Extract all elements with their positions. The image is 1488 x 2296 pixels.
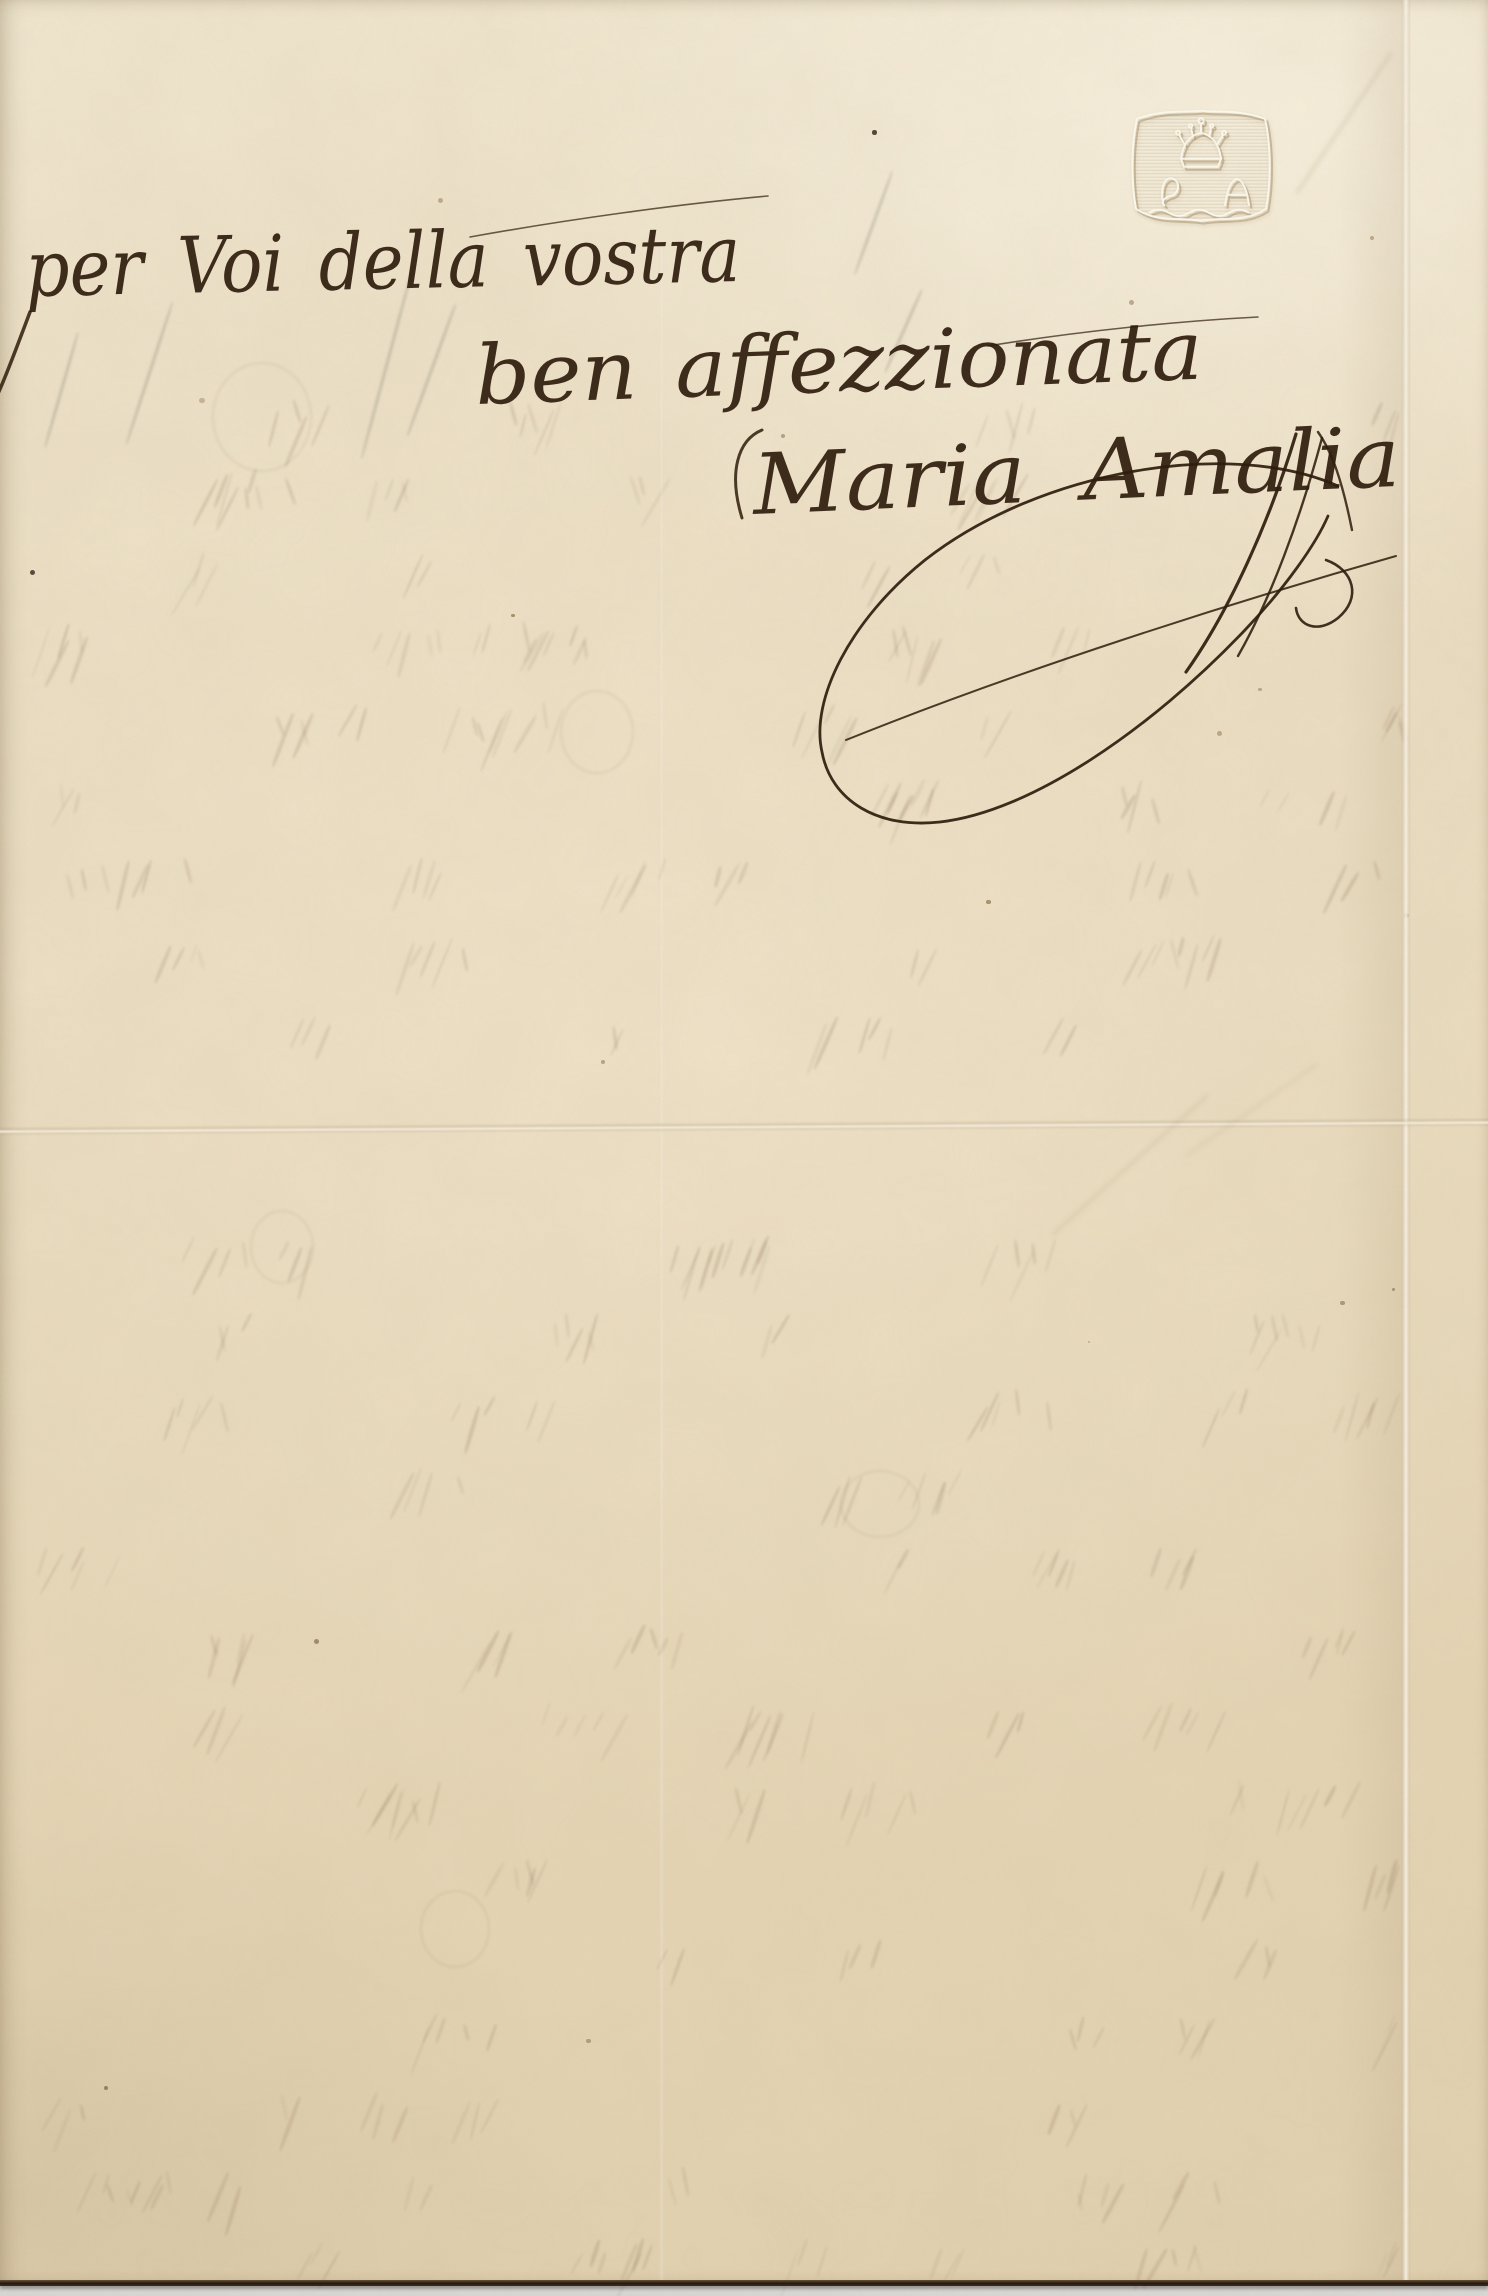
embossed-crown-monogram-seal: [1126, 102, 1278, 244]
letter-paper-sheet: [0, 0, 1488, 2284]
paper-bottom-edge: [0, 2280, 1488, 2286]
embossed-seal: [1126, 102, 1278, 244]
scanned-letter-page: per Voi della vostra ben affezzionata Ma…: [0, 0, 1488, 2296]
